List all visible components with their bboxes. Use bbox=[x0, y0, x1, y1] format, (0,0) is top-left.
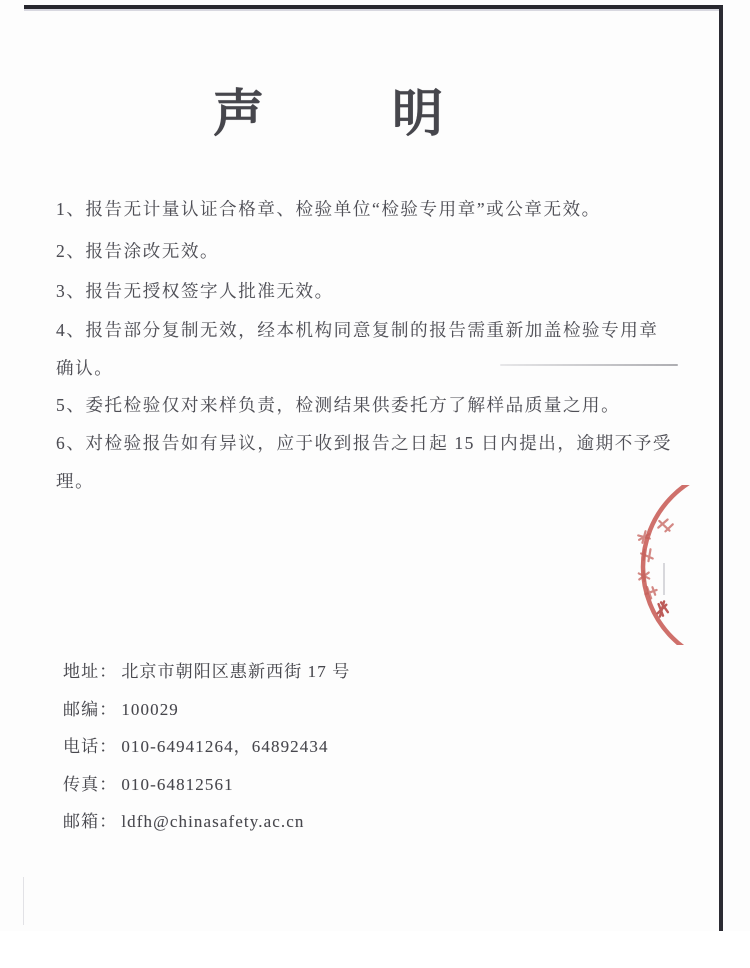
scan-artifact-line bbox=[500, 364, 678, 366]
statement-item-3: 3、报告无授权签字人批准无效。 bbox=[56, 281, 334, 302]
contact-postcode-label: 邮编： bbox=[63, 700, 117, 719]
contact-address-label: 地址： bbox=[63, 662, 117, 681]
contact-phone-value: 010-64941264，64892434 bbox=[121, 737, 328, 756]
scan-artifact-left-edge bbox=[23, 877, 24, 925]
contact-fax-value: 010-64812561 bbox=[121, 775, 233, 794]
statement-item-5: 5、委托检验仅对来样负责，检测结果供委托方了解样品质量之用。 bbox=[56, 395, 620, 416]
contact-postcode-value: 100029 bbox=[121, 700, 179, 719]
contact-email-value: ldfh@chinasafety.ac.cn bbox=[121, 812, 304, 831]
contact-line-postcode: 邮编：100029 bbox=[63, 700, 179, 720]
contact-fax-label: 传真： bbox=[63, 775, 117, 794]
page-title: 声明 bbox=[213, 86, 571, 145]
statement-item-4: 4、报告部分复制无效，经本机构同意复制的报告需重新加盖检验专用章 bbox=[56, 320, 658, 341]
contact-line-address: 地址：北京市朝阳区惠新西街 17 号 bbox=[63, 662, 350, 682]
scan-top-edge bbox=[24, 5, 723, 9]
contact-line-email: 邮箱：ldfh@chinasafety.ac.cn bbox=[63, 812, 305, 832]
scan-right-edge bbox=[719, 6, 723, 931]
contact-email-label: 邮箱： bbox=[63, 812, 117, 831]
contact-address-value: 北京市朝阳区惠新西街 17 号 bbox=[121, 662, 350, 681]
contact-line-fax: 传真：010-64812561 bbox=[63, 775, 234, 795]
statement-item-6-continuation: 理。 bbox=[56, 471, 94, 492]
statement-item-1: 1、报告无计量认证合格章、检验单位“检验专用章”或公章无效。 bbox=[56, 199, 601, 220]
statement-item-6: 6、对检验报告如有异议，应于收到报告之日起 15 日内提出，逾期不予受 bbox=[56, 433, 672, 454]
contact-phone-label: 电话： bbox=[63, 737, 117, 756]
statement-item-4-continuation: 确认。 bbox=[56, 358, 113, 379]
contact-line-phone: 电话：010-64941264，64892434 bbox=[63, 737, 329, 757]
statement-item-2: 2、报告涂改无效。 bbox=[56, 241, 219, 262]
scanned-page: 声明 1、报告无计量认证合格章、检验单位“检验专用章”或公章无效。 2、报告涂改… bbox=[0, 0, 750, 931]
red-seal-stamp-icon bbox=[625, 485, 725, 645]
